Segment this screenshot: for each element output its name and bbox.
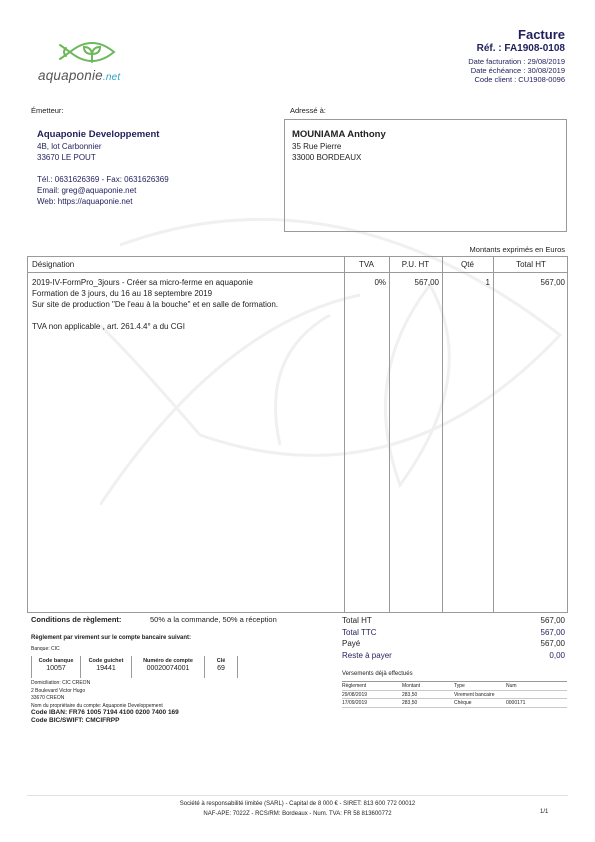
- total-ttc-row: Total TTC 567,00: [342, 627, 565, 639]
- reste-value: 0,00: [549, 650, 565, 662]
- sender-email: Email: greg@aquaponie.net: [37, 185, 169, 196]
- item-pu-ht: 567,00: [389, 277, 439, 288]
- account-number-header: Numéro de compte: [132, 658, 204, 664]
- item-tva: 0%: [344, 277, 386, 288]
- logo-tld: .net: [103, 72, 120, 83]
- reste-row: Reste à payer 0,00: [342, 650, 565, 662]
- guichet-code-header: Code guichet: [81, 658, 131, 664]
- table-row: 29/08/2019 283,50 Virement bancaire: [342, 691, 567, 700]
- payment-amount: 283,50: [402, 692, 417, 698]
- total-ht-value: 567,00: [541, 615, 565, 627]
- table-row: 17/09/2019 283,50 Chèque 0000171: [342, 699, 567, 708]
- item-qty: 1: [442, 277, 490, 288]
- guichet-code-col: Code guichet 19441: [80, 656, 131, 678]
- paye-row: Payé 567,00: [342, 638, 565, 650]
- conditions-label: Conditions de règlement:: [31, 615, 121, 624]
- payment-date: 29/08/2019: [342, 692, 367, 698]
- domiciliation: Domiciliation: CIC CREON: [31, 680, 163, 688]
- logo-name: aquaponie: [38, 68, 103, 83]
- header-designation: Désignation: [32, 260, 74, 269]
- document-title: Facture: [518, 27, 565, 42]
- account-number-value: 00020074001: [132, 665, 204, 672]
- date-facturation: Date facturation : 29/08/2019: [468, 57, 565, 66]
- item-line2: Formation de 3 jours, du 16 au 18 septem…: [32, 288, 278, 299]
- total-ttc-label: Total TTC: [342, 627, 377, 639]
- account-number-col: Numéro de compte 00020074001: [131, 656, 204, 678]
- header-tva: TVA: [344, 260, 389, 269]
- recipient-address1: 35 Rue Pierre: [292, 141, 386, 152]
- iban: Code IBAN: FR76 1005 7194 4100 0200 7400…: [31, 709, 179, 717]
- payments-table: Règlement Montant Type Num 29/08/2019 28…: [342, 681, 567, 708]
- conditions-value: 50% a la commande, 50% a réception: [150, 615, 277, 624]
- payments-header-type: Type: [454, 683, 465, 689]
- total-ht-label: Total HT: [342, 615, 372, 627]
- bank-name: Banque: CIC: [31, 646, 60, 652]
- payments-header-montant: Montant: [402, 683, 420, 689]
- payment-num: 0000171: [506, 700, 525, 706]
- sender-web: Web: https://aquaponie.net: [37, 196, 169, 207]
- invoice-meta: Date facturation : 29/08/2019 Date échéa…: [468, 57, 565, 84]
- header-total-ht: Total HT: [493, 260, 569, 269]
- date-echeance: Date échéance : 30/08/2019: [468, 66, 565, 75]
- guichet-code-value: 19441: [81, 665, 131, 672]
- dom-address1: 2 Boulevard Victor Hugo: [31, 688, 163, 696]
- code-client: Code client : CU1908-0096: [468, 75, 565, 84]
- paye-label: Payé: [342, 638, 360, 650]
- page-number: 1/1: [540, 809, 548, 815]
- recipient-address2: 33000 BORDEAUX: [292, 152, 386, 163]
- payment-amount: 283,50: [402, 700, 417, 706]
- totals-block: Total HT 567,00 Total TTC 567,00 Payé 56…: [342, 615, 565, 661]
- bank-code-header: Code banque: [32, 658, 80, 664]
- footer-line1: Société à responsabilité limitée (SARL) …: [0, 799, 595, 809]
- bank-title: Règlement par virement sur le compte ban…: [31, 635, 191, 641]
- footer-divider: [27, 795, 568, 796]
- header-qty: Qté: [442, 260, 493, 269]
- payments-header: Règlement Montant Type Num: [342, 681, 567, 691]
- logo-wordmark: aquaponie.net: [38, 68, 120, 83]
- sender-name: Aquaponie Developpement: [37, 128, 169, 141]
- sender-label: Émetteur:: [31, 106, 64, 115]
- items-table: Désignation TVA P.U. HT Qté Total HT 201…: [27, 256, 568, 613]
- payment-type: Virement bancaire: [454, 692, 495, 698]
- paye-value: 567,00: [541, 638, 565, 650]
- currency-note: Montants exprimés en Euros: [470, 245, 565, 254]
- sender-phone: Tél.: 0631626369 - Fax: 0631626369: [37, 174, 169, 185]
- recipient-label: Adressé à:: [290, 106, 326, 115]
- sender-address2: 33670 LE POUT: [37, 152, 169, 163]
- bic: Code BIC/SWIFT: CMCIFRPP: [31, 717, 179, 725]
- item-line4: TVA non applicable , art. 261.4.4° a du …: [32, 321, 278, 332]
- domiciliation-block: Domiciliation: CIC CREON 2 Boulevard Vic…: [31, 680, 163, 710]
- footer-line2: NAF-APE: 7022Z - RCS/RM: Bordeaux - Num.…: [0, 809, 595, 819]
- sender-address1: 4B, lot Carbonnier: [37, 141, 169, 152]
- invoice-ref: Réf. : FA1908-0108: [477, 43, 565, 54]
- payments-header-reglement: Règlement: [342, 683, 366, 689]
- table-row: 2019-IV-FormPro_3jours - Créer sa micro-…: [32, 277, 278, 332]
- recipient-name: MOUNIAMA Anthony: [292, 128, 386, 141]
- cle-col: Clé 69: [204, 656, 237, 678]
- footer: Société à responsabilité limitée (SARL) …: [0, 799, 595, 819]
- total-ht-row: Total HT 567,00: [342, 615, 565, 627]
- bank-code-col: Code banque 10057: [31, 656, 80, 678]
- item-total-ht: 567,00: [493, 277, 565, 288]
- dom-address2: 33670 CREON: [31, 695, 163, 703]
- payment-type: Chèque: [454, 700, 472, 706]
- bank-code-value: 10057: [32, 665, 80, 672]
- reste-label: Reste à payer: [342, 650, 392, 662]
- payment-date: 17/09/2019: [342, 700, 367, 706]
- payments-title: Versements déjà effectués: [342, 671, 413, 677]
- sender-block: Aquaponie Developpement 4B, lot Carbonni…: [37, 128, 169, 207]
- item-line3: Sur site de production "De l'eau à la bo…: [32, 299, 278, 310]
- cle-value: 69: [205, 665, 237, 672]
- header-pu-ht: P.U. HT: [389, 260, 442, 269]
- cle-header: Clé: [205, 658, 237, 664]
- iban-block: Code IBAN: FR76 1005 7194 4100 0200 7400…: [31, 709, 179, 725]
- payments-header-num: Num: [506, 683, 517, 689]
- total-ttc-value: 567,00: [541, 627, 565, 639]
- item-line1: 2019-IV-FormPro_3jours - Créer sa micro-…: [32, 277, 278, 288]
- recipient-block: MOUNIAMA Anthony 35 Rue Pierre 33000 BOR…: [292, 128, 386, 163]
